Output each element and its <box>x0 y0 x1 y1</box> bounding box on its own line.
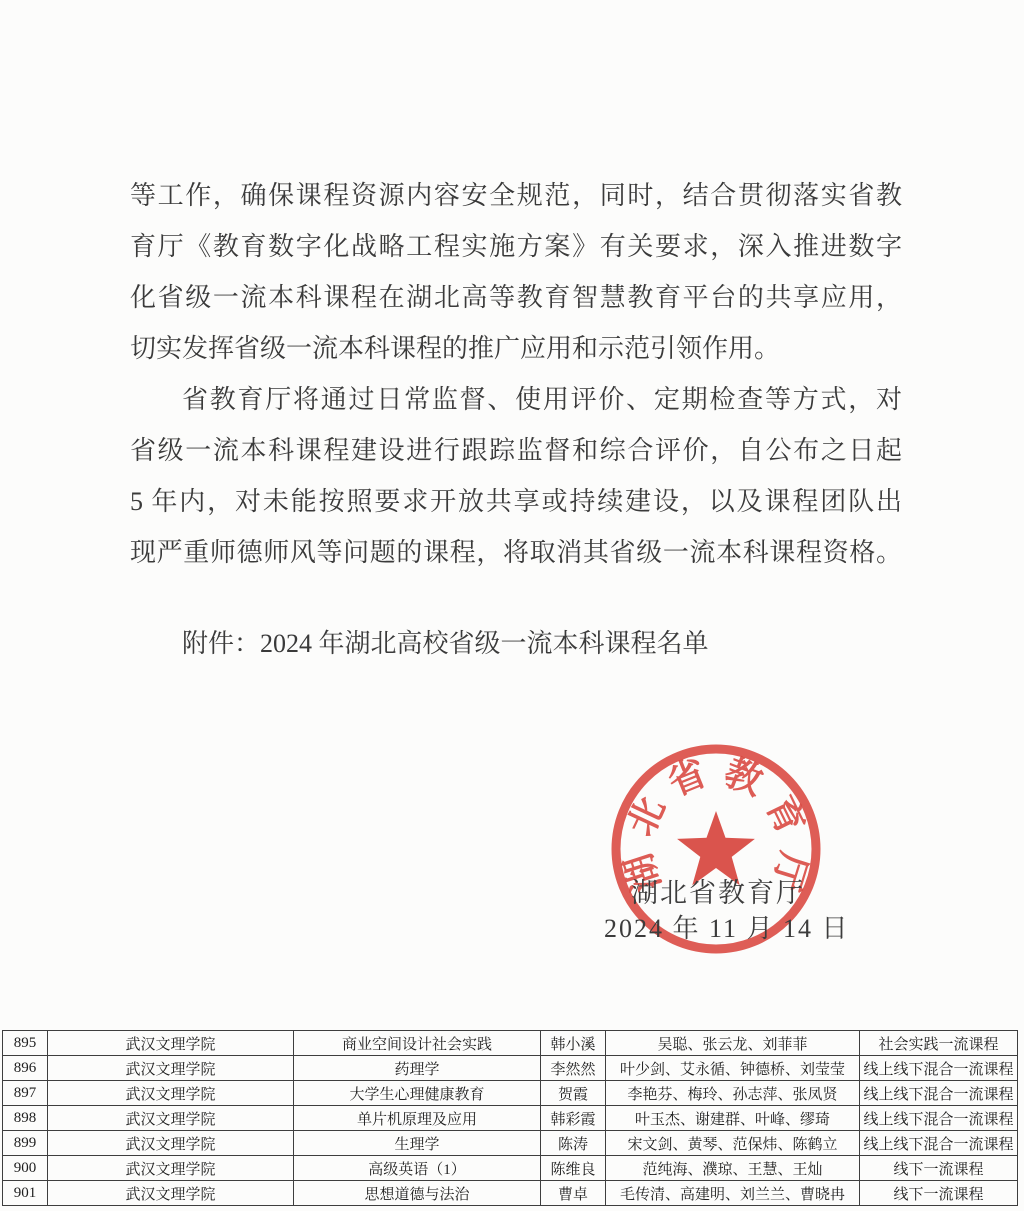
cell-course-leader: 李然然 <box>541 1056 606 1081</box>
cell-course-leader: 韩小溪 <box>541 1031 606 1056</box>
cell-course-name: 大学生心理健康教育 <box>294 1081 541 1106</box>
cell-course-type: 线下一流课程 <box>860 1181 1018 1206</box>
cell-university: 武汉文理学院 <box>48 1156 294 1181</box>
cell-course-name: 商业空间设计社会实践 <box>294 1031 541 1056</box>
table-row: 899 武汉文理学院 生理学 陈涛 宋文剑、黄琴、范保炜、陈鹤立 线上线下混合一… <box>3 1131 1018 1156</box>
course-table-body: 895 武汉文理学院 商业空间设计社会实践 韩小溪 吴聪、张云龙、刘菲菲 社会实… <box>3 1031 1018 1206</box>
body-text-line: 省教育厅将通过日常监督、使用评价、定期检查等方式，对 <box>130 374 902 425</box>
cell-team-members: 毛传清、高建明、刘兰兰、曹晓冉 <box>606 1181 860 1206</box>
cell-course-leader: 陈涛 <box>541 1131 606 1156</box>
cell-course-type: 线下一流课程 <box>860 1156 1018 1181</box>
cell-course-name: 思想道德与法治 <box>294 1181 541 1206</box>
cell-index: 896 <box>3 1056 48 1081</box>
cell-university: 武汉文理学院 <box>48 1181 294 1206</box>
cell-index: 895 <box>3 1031 48 1056</box>
body-text-line: 现严重师德师风等问题的课程，将取消其省级一流本科课程资格。 <box>130 527 902 578</box>
body-text-line: 5 年内，对未能按照要求开放共享或持续建设，以及课程团队出 <box>130 476 902 527</box>
cell-university: 武汉文理学院 <box>48 1131 294 1156</box>
cell-course-type: 社会实践一流课程 <box>860 1031 1018 1056</box>
cell-course-name: 高级英语（1） <box>294 1156 541 1181</box>
cell-index: 898 <box>3 1106 48 1131</box>
agency-name: 湖北省教育厅 <box>631 871 805 910</box>
cell-course-type: 线上线下混合一流课程 <box>860 1081 1018 1106</box>
scanned-document-page: 等工作，确保课程资源内容安全规范，同时，结合贯彻落实省教 育厅《教育数字化战略工… <box>0 0 1024 1211</box>
cell-team-members: 叶少剑、艾永循、钟德桥、刘莹莹 <box>606 1056 860 1081</box>
body-text-line: 化省级一流本科课程在湖北高等教育智慧教育平台的共享应用， <box>130 272 902 323</box>
attachment-line: 附件：2024 年湖北高校省级一流本科课程名单 <box>130 629 902 659</box>
table-row: 898 武汉文理学院 单片机原理及应用 韩彩霞 叶玉杰、谢建群、叶峰、缪琦 线上… <box>3 1106 1018 1131</box>
cell-team-members: 吴聪、张云龙、刘菲菲 <box>606 1031 860 1056</box>
cell-team-members: 宋文剑、黄琴、范保炜、陈鹤立 <box>606 1131 860 1156</box>
cell-course-leader: 韩彩霞 <box>541 1106 606 1131</box>
course-table: 895 武汉文理学院 商业空间设计社会实践 韩小溪 吴聪、张云龙、刘菲菲 社会实… <box>2 1030 1018 1206</box>
signature-date: 2024 年 11 月 14 日 <box>604 908 850 945</box>
cell-course-name: 单片机原理及应用 <box>294 1106 541 1131</box>
cell-course-leader: 陈维良 <box>541 1156 606 1181</box>
cell-team-members: 李艳芬、梅玲、孙志萍、张凤贤 <box>606 1081 860 1106</box>
cell-course-type: 线上线下混合一流课程 <box>860 1131 1018 1156</box>
table-row: 896 武汉文理学院 药理学 李然然 叶少剑、艾永循、钟德桥、刘莹莹 线上线下混… <box>3 1056 1018 1081</box>
table-row: 897 武汉文理学院 大学生心理健康教育 贺霞 李艳芬、梅玲、孙志萍、张凤贤 线… <box>3 1081 1018 1106</box>
body-text-line: 等工作，确保课程资源内容安全规范，同时，结合贯彻落实省教 <box>130 170 902 221</box>
cell-team-members: 范纯海、濮琼、王慧、王灿 <box>606 1156 860 1181</box>
body-text-line: 切实发挥省级一流本科课程的推广应用和示范引领作用。 <box>130 323 902 374</box>
cell-course-type: 线上线下混合一流课程 <box>860 1056 1018 1081</box>
cell-index: 899 <box>3 1131 48 1156</box>
cell-index: 901 <box>3 1181 48 1206</box>
table-row: 900 武汉文理学院 高级英语（1） 陈维良 范纯海、濮琼、王慧、王灿 线下一流… <box>3 1156 1018 1181</box>
cell-university: 武汉文理学院 <box>48 1081 294 1106</box>
body-text-line: 育厅《教育数字化战略工程实施方案》有关要求，深入推进数字 <box>130 221 902 272</box>
table-row: 901 武汉文理学院 思想道德与法治 曹卓 毛传清、高建明、刘兰兰、曹晓冉 线下… <box>3 1181 1018 1206</box>
cell-course-name: 药理学 <box>294 1056 541 1081</box>
body-text-line: 省级一流本科课程建设进行跟踪监督和综合评价，自公布之日起 <box>130 425 902 476</box>
cell-university: 武汉文理学院 <box>48 1056 294 1081</box>
cell-course-leader: 贺霞 <box>541 1081 606 1106</box>
cell-team-members: 叶玉杰、谢建群、叶峰、缪琦 <box>606 1106 860 1131</box>
cell-course-type: 线上线下混合一流课程 <box>860 1106 1018 1131</box>
body-text: 等工作，确保课程资源内容安全规范，同时，结合贯彻落实省教 育厅《教育数字化战略工… <box>130 170 902 578</box>
table-row: 895 武汉文理学院 商业空间设计社会实践 韩小溪 吴聪、张云龙、刘菲菲 社会实… <box>3 1031 1018 1056</box>
cell-course-leader: 曹卓 <box>541 1181 606 1206</box>
cell-index: 897 <box>3 1081 48 1106</box>
cell-university: 武汉文理学院 <box>48 1106 294 1131</box>
cell-course-name: 生理学 <box>294 1131 541 1156</box>
cell-university: 武汉文理学院 <box>48 1031 294 1056</box>
cell-index: 900 <box>3 1156 48 1181</box>
